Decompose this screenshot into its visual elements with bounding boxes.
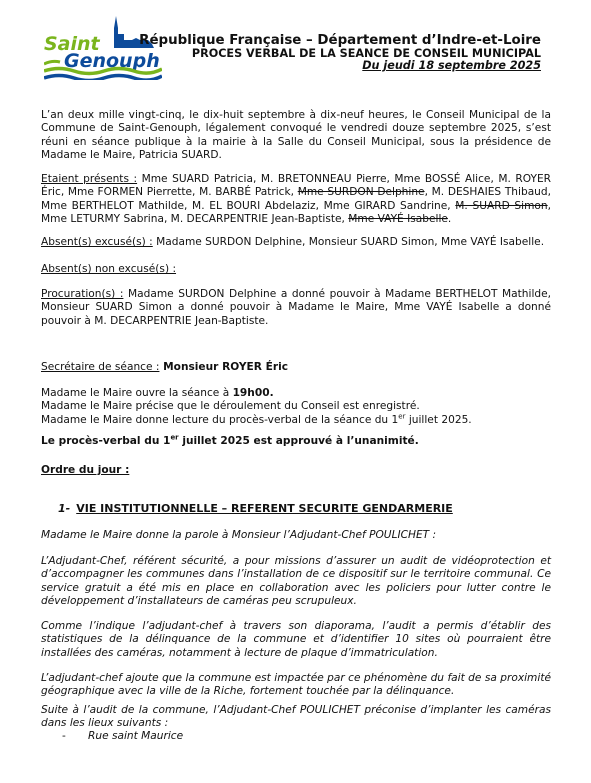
absents-non-excuses: Absent(s) non excusé(s) : — [41, 263, 551, 276]
secretaire-line: Secrétaire de séance : Monsieur ROYER Ér… — [41, 361, 551, 374]
lecture-text: Madame le Maire donne lecture du procès-… — [41, 414, 398, 426]
intro-paragraph: L’an deux mille vingt-cinq, le dix-huit … — [41, 109, 551, 162]
excuses-text: Madame SURDON Delphine, Monsieur SUARD S… — [153, 236, 544, 248]
ouverture-text: Madame le Maire ouvre la séance à — [41, 387, 233, 399]
approbation-line: Le procès-verbal du 1er juillet 2025 est… — [41, 435, 551, 448]
header-republique: République Française – Département d’Ind… — [139, 33, 541, 48]
presents-paragraph: Etaient présents : Mme SUARD Patricia, M… — [41, 173, 551, 226]
ordinal-sup: er — [170, 433, 178, 441]
excuses-label: Absent(s) excusé(s) : — [41, 236, 153, 248]
struck-name: Mme VAYÉ Isabelle — [348, 213, 448, 225]
body-paragraph: Suite à l’audit de la commune, l’Adjudan… — [41, 704, 551, 731]
body-paragraph: L’Adjudant-Chef, référent sécurité, a po… — [41, 555, 551, 608]
secretaire-name: Monsieur ROYER Éric — [159, 361, 288, 373]
presents-text: . — [448, 213, 451, 225]
lecture-text-end: juillet 2025. — [405, 414, 471, 426]
ouverture-block: Madame le Maire ouvre la séance à 19h00.… — [41, 387, 551, 427]
struck-name: M. SUARD Simon — [455, 200, 547, 212]
item-number: 1- — [58, 502, 70, 515]
bullet-dash: - — [62, 730, 88, 742]
ouverture-time: 19h00. — [233, 387, 274, 399]
procurations-paragraph: Procuration(s) : Madame SURDON Delphine … — [41, 288, 551, 328]
body-paragraph: Comme l’indique l’adjudant-chef à traver… — [41, 620, 551, 660]
struck-name: Mme SURDON Delphine — [298, 186, 425, 198]
non-excuses-label: Absent(s) non excusé(s) : — [41, 263, 176, 275]
item-title: VIE INSTITUTIONNELLE – REFERENT SECURITE… — [76, 502, 453, 515]
procurations-label: Procuration(s) : — [41, 288, 123, 300]
approbation-text: Le procès-verbal du 1 — [41, 435, 170, 447]
body-paragraph: Madame le Maire donne la parole à Monsie… — [41, 529, 551, 542]
header-date: Du jeudi 18 septembre 2025 — [362, 59, 541, 72]
secretaire-label: Secrétaire de séance : — [41, 361, 159, 373]
enregistrement-text: Madame le Maire précise que le dérouleme… — [41, 400, 551, 413]
lieu-text: Rue saint Maurice — [88, 730, 183, 742]
approbation-text-end: juillet 2025 est approuvé à l’unanimité. — [179, 435, 419, 447]
body-paragraph: L’adjudant-chef ajoute que la commune es… — [41, 672, 551, 699]
presents-label: Etaient présents : — [41, 173, 137, 185]
agenda-item-1-title: 1-VIE INSTITUTIONNELLE – REFERENT SECURI… — [58, 502, 453, 515]
absents-excuses: Absent(s) excusé(s) : Madame SURDON Delp… — [41, 236, 551, 249]
ordre-du-jour-heading: Ordre du jour : — [41, 464, 551, 477]
list-item: -Rue saint Maurice — [62, 730, 183, 742]
